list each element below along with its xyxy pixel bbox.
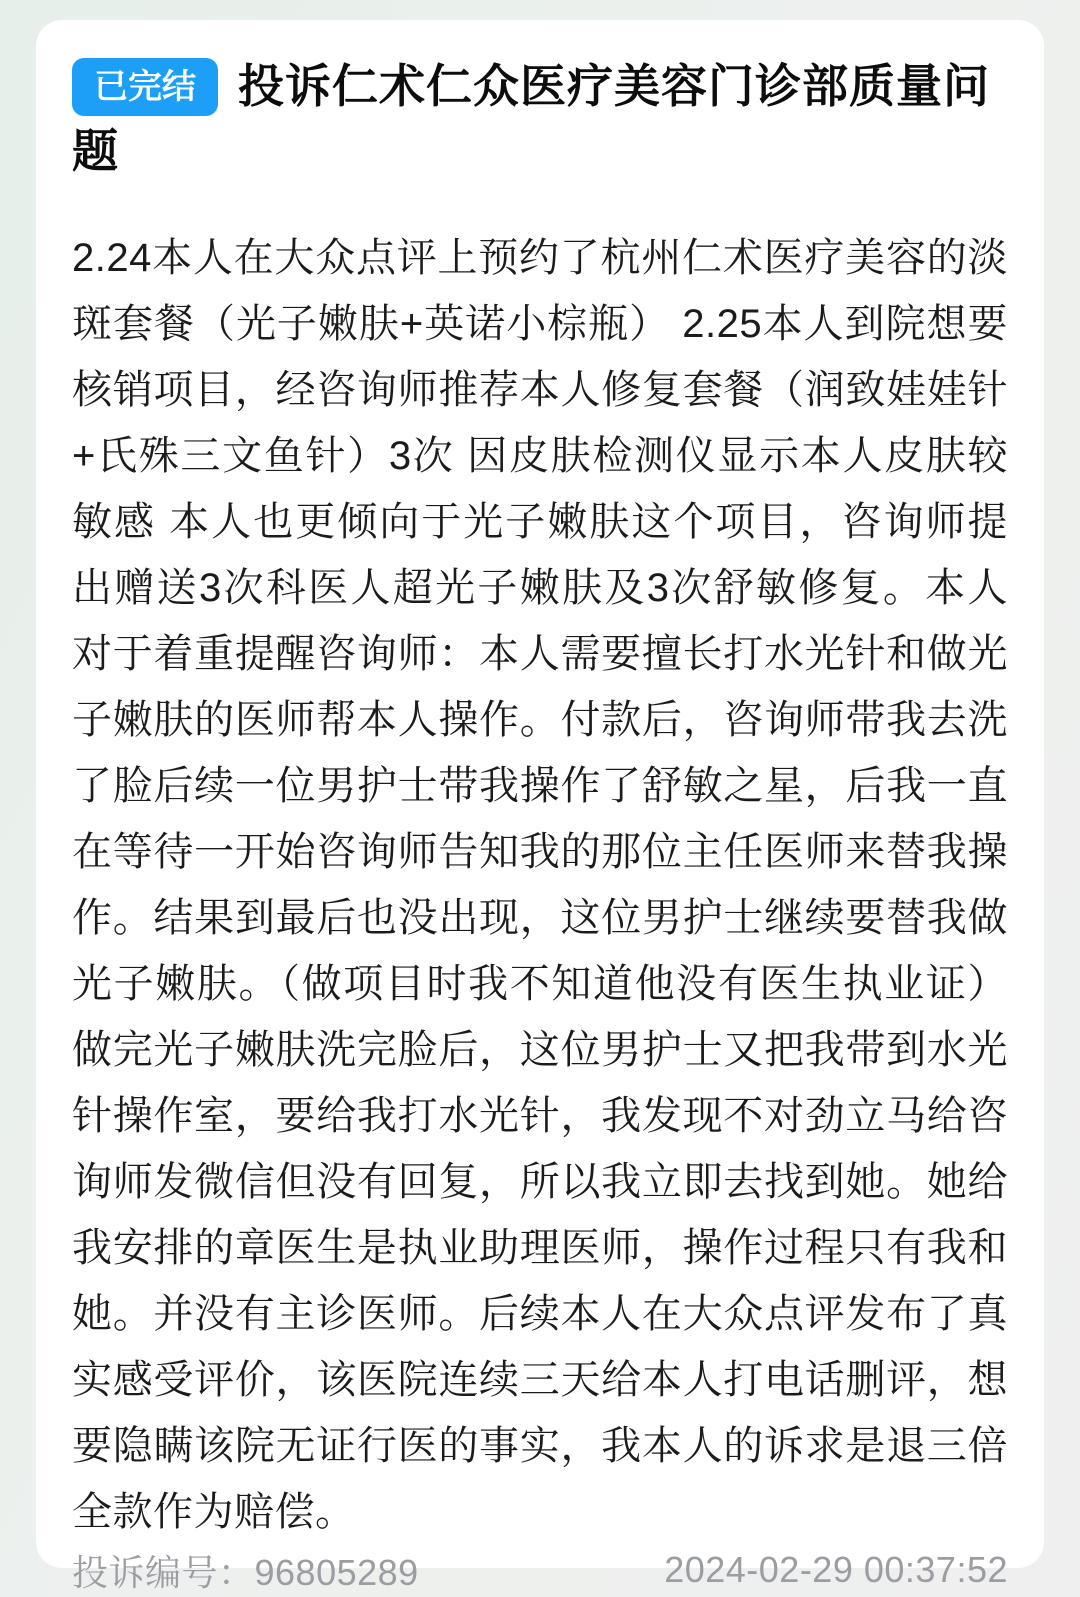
status-badge: 已完结 xyxy=(72,58,218,116)
complaint-number-value: 96805289 xyxy=(255,1552,419,1593)
complaint-number-label: 投诉编号： xyxy=(72,1552,255,1593)
complaint-card: 已完结投诉仁术仁众医疗美容门诊部质量问题 2.24本人在大众点评上预约了杭州仁术… xyxy=(36,20,1044,1568)
complaint-body-text: 2.24本人在大众点评上预约了杭州仁术医疗美容的淡斑套餐（光子嫩肤+英诺小棕瓶）… xyxy=(72,225,1008,1545)
complaint-footer: 投诉编号：96805289 2024-02-29 00:37:52 xyxy=(72,1545,1008,1596)
page-background: 已完结投诉仁术仁众医疗美容门诊部质量问题 2.24本人在大众点评上预约了杭州仁术… xyxy=(0,0,1080,1597)
complaint-title-block: 已完结投诉仁术仁众医疗美容门诊部质量问题 xyxy=(72,54,1008,183)
complaint-timestamp: 2024-02-29 00:37:52 xyxy=(664,1549,1008,1591)
complaint-number: 投诉编号：96805289 xyxy=(72,1545,419,1596)
